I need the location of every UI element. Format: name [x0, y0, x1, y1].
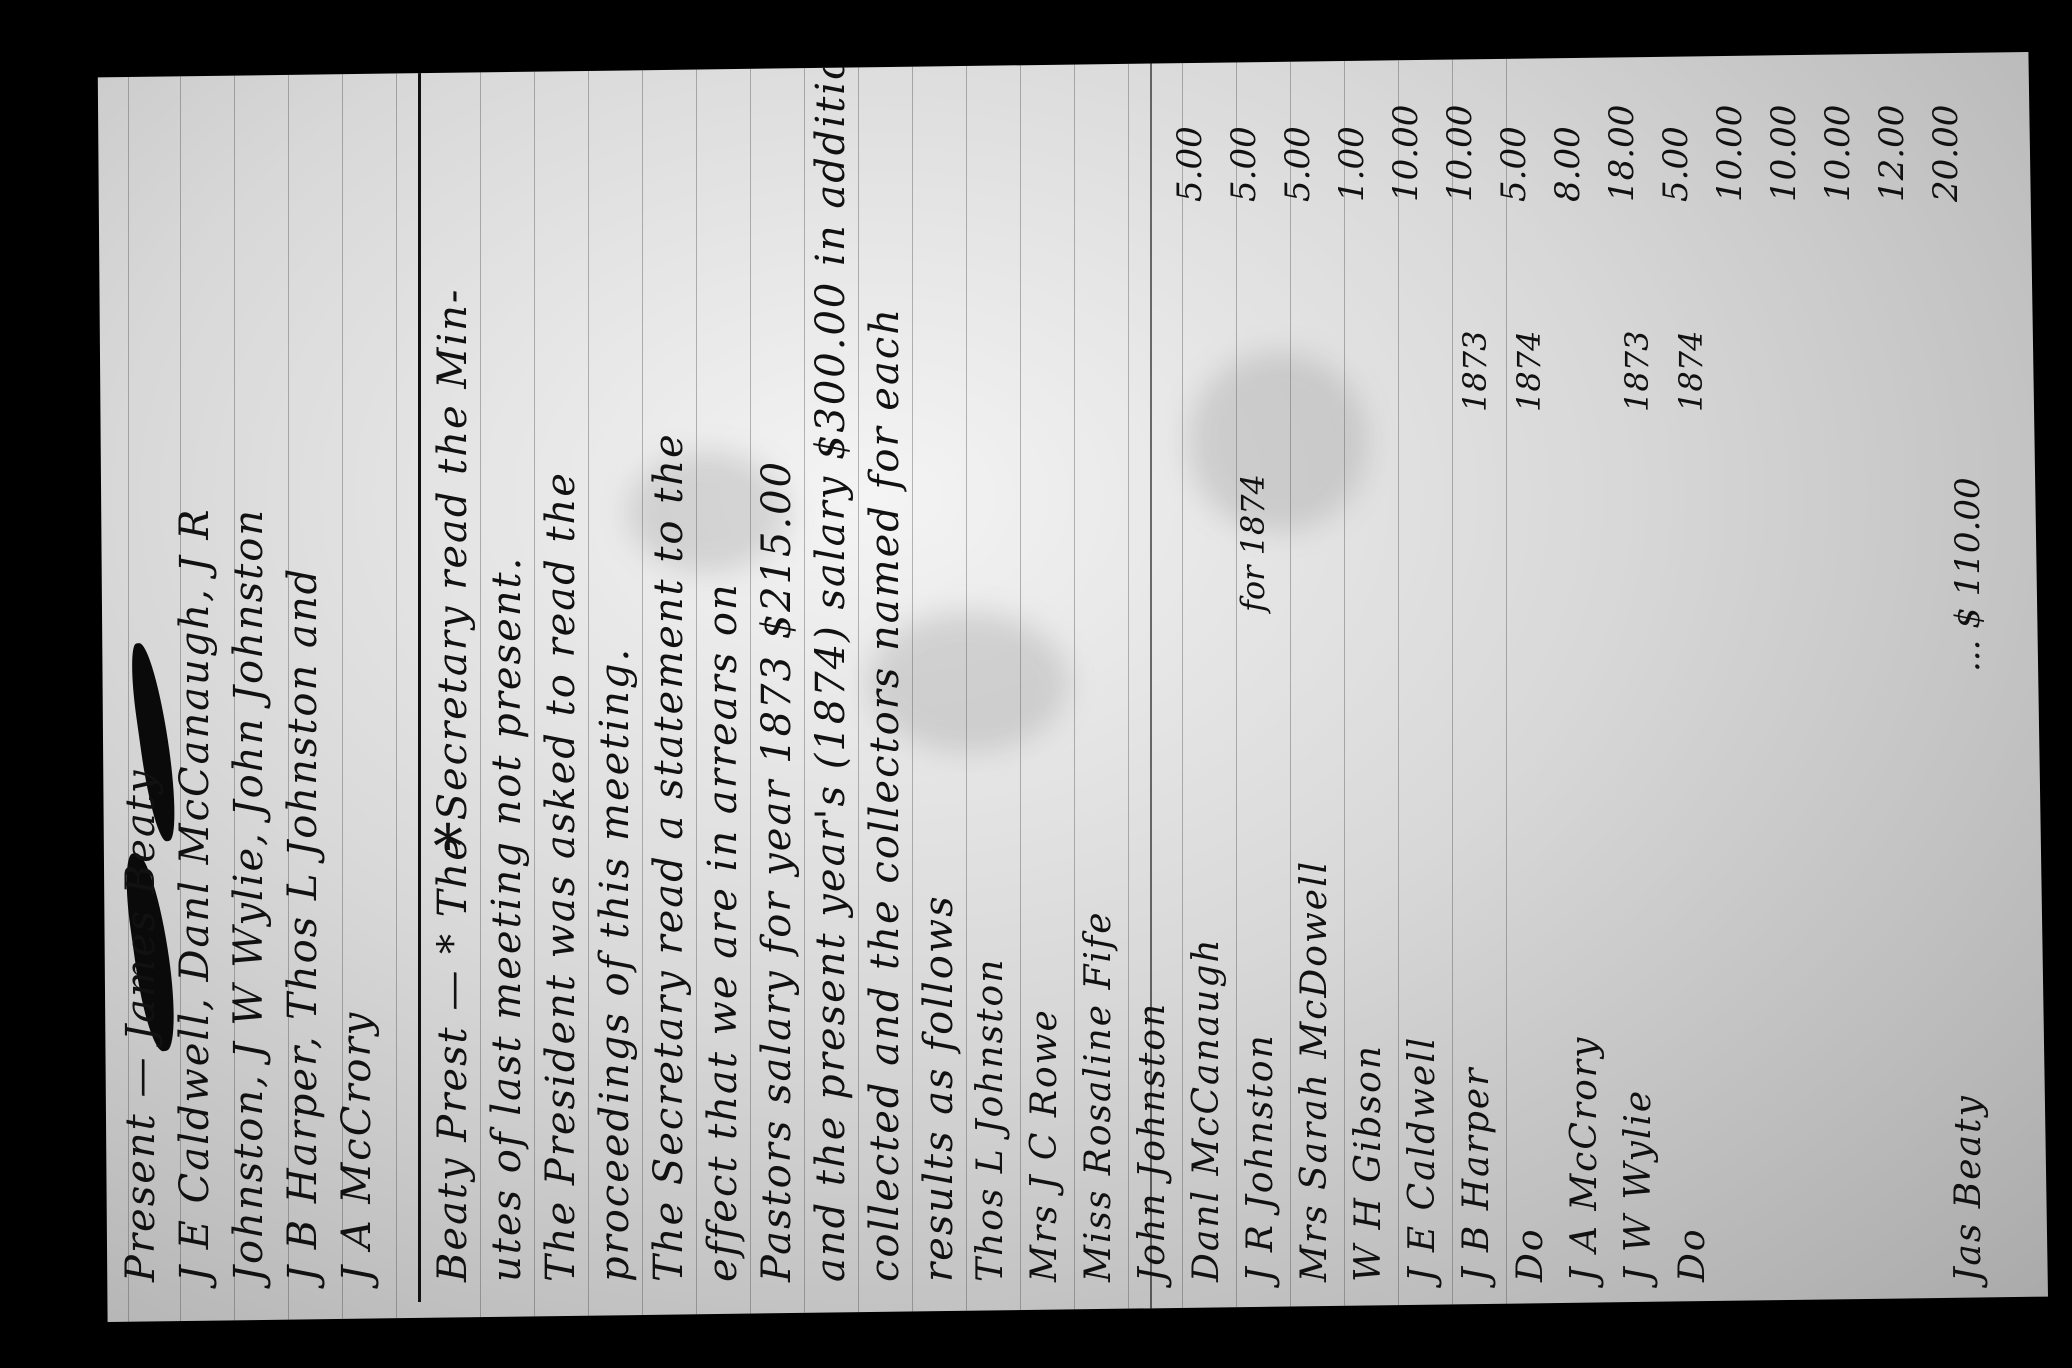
ruled-line [1506, 52, 1507, 1322]
left-line-5: J A McCrory [334, 1011, 380, 1282]
scanned-page: Present — James Beaty J E Caldwell, Danl… [88, 52, 2048, 1322]
ruled-line [588, 52, 589, 1322]
subscriber-name: Miss Rosaline Fife [1078, 910, 1119, 1282]
ruled-line [696, 52, 697, 1322]
entry-year: 1874 [1672, 331, 1710, 412]
ruled-line [642, 52, 643, 1322]
entry-year: 1873 [1456, 331, 1494, 412]
subscriber-name: W H Gibson [1348, 1044, 1389, 1282]
minutes-line-2: utes of last meeting not present. [484, 556, 530, 1282]
entry-amount: 5.00 [1494, 126, 1534, 202]
entry-amount: 18.00 [1602, 105, 1642, 202]
entry-amount: 10.00 [1440, 105, 1480, 202]
ruled-line [480, 52, 481, 1322]
minutes-line-6: effect that we are in arrears on [700, 582, 746, 1282]
subscriber-name: Mrs J C Rowe [1024, 1008, 1065, 1282]
entry-note: for 1874 [1234, 474, 1272, 612]
left-line-4: J B Harper, Thos L Johnston and [280, 567, 326, 1282]
ruled-line [1128, 52, 1129, 1322]
ruled-line [396, 52, 397, 1322]
ruled-line [804, 52, 805, 1322]
entry-amount: 5.00 [1656, 126, 1696, 202]
subscriber-name: Danl McCanaugh [1186, 937, 1227, 1282]
ruled-line [1398, 52, 1399, 1322]
entry-amount: 5.00 [1224, 126, 1264, 202]
entry-amount: 10.00 [1818, 105, 1858, 202]
subscriber-name: J B Harper [1456, 1067, 1497, 1282]
subscriber-name: J R Johnston [1240, 1033, 1281, 1282]
entry-amount: 5.00 [1170, 126, 1210, 202]
minutes-line-7: Pastors salary for year 1873 $215.00 [754, 460, 800, 1282]
stain [1188, 352, 1368, 532]
subscriber-name: J A McCrory [1564, 1036, 1605, 1282]
ruled-line [750, 52, 751, 1322]
subscriber-name: Do [1510, 1227, 1551, 1282]
entry-year: 1874 [1510, 331, 1548, 412]
margin-line [418, 72, 421, 1302]
subscriber-name: Thos L Johnston [970, 958, 1011, 1282]
entry-amount: 20.00 [1926, 105, 1966, 202]
entry-amount: 8.00 [1548, 126, 1588, 202]
minutes-line-4: proceedings of this meeting. [592, 647, 638, 1282]
subscriber-name: J W Wylie [1618, 1089, 1659, 1282]
ruled-line [1182, 52, 1183, 1322]
left-line-3: Johnston, J W Wylie, John Johnston [226, 508, 272, 1282]
entry-amount: 12.00 [1872, 105, 1912, 202]
total-fragment: ... $ 110.00 [1948, 477, 1988, 672]
subscriber-name: Do [1672, 1227, 1713, 1282]
subscriber-name: J E Caldwell [1402, 1036, 1443, 1282]
ruled-line [1236, 52, 1237, 1322]
minutes-line-1: Beaty Prest — * The Secretary read the M… [430, 288, 476, 1282]
minutes-line-9: collected and the collectors named for e… [862, 307, 908, 1282]
left-line-1: Present — James Beaty [118, 769, 164, 1282]
subscriber-name: Mrs Sarah McDowell [1294, 860, 1335, 1282]
ruled-line [858, 52, 859, 1322]
minutes-line-3: The President was asked to read the [538, 471, 584, 1282]
left-line-2: J E Caldwell, Danl McCanaugh, J R [172, 508, 218, 1282]
entry-amount: 10.00 [1710, 105, 1750, 202]
entry-year: 1873 [1618, 331, 1656, 412]
ruled-line [1452, 52, 1453, 1322]
entry-amount: 1.00 [1332, 126, 1372, 202]
ruled-line [1074, 52, 1075, 1322]
minutes-line-10: results as follows [916, 894, 962, 1282]
entry-amount: 10.00 [1386, 105, 1426, 202]
ruled-line [1290, 52, 1291, 1322]
entry-amount: 10.00 [1764, 105, 1804, 202]
ruled-line [1344, 52, 1345, 1322]
subscriber-name: Jas Beaty [1948, 1094, 1989, 1282]
minutes-line-5: The Secretary read a statement to the [646, 432, 692, 1282]
subscriber-name: John Johnston [1132, 1002, 1173, 1282]
ruled-line [534, 52, 535, 1322]
entry-amount: 5.00 [1278, 126, 1318, 202]
minutes-line-8: and the present year's (1874) salary $30… [808, 0, 854, 1282]
